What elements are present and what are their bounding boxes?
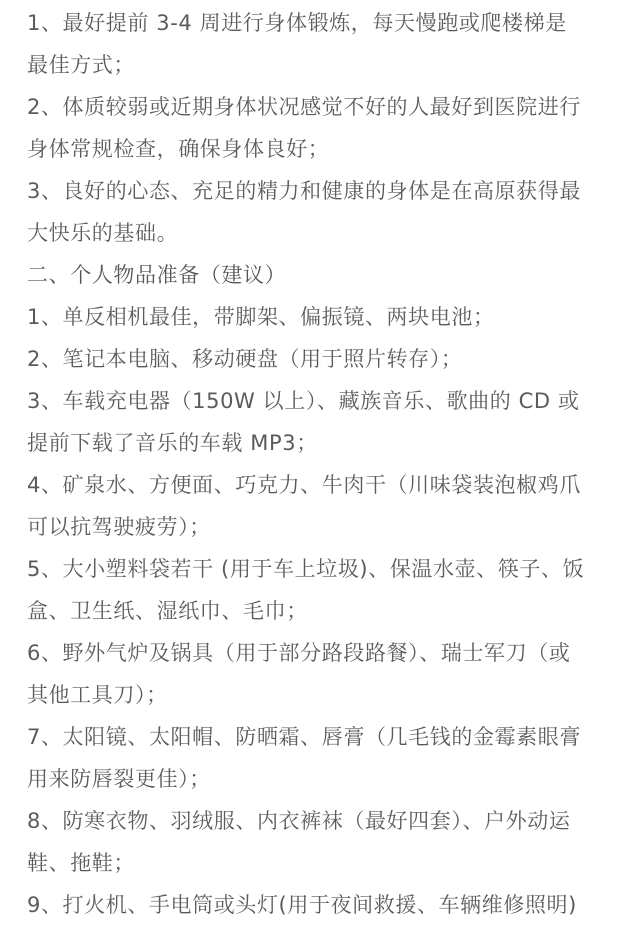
list-item-line: 身体常规检查，确保身体良好；: [27, 128, 627, 170]
list-item-line: 其他工具刀）；: [27, 674, 627, 716]
list-item-line: 用来防唇裂更佳）；: [27, 758, 627, 800]
list-item-line: 3、良好的心态、充足的精力和健康的身体是在高原获得最: [27, 170, 627, 212]
section-heading: 二、个人物品准备（建议）: [27, 254, 627, 296]
list-item-line: 7、太阳镜、太阳帽、防晒霜、唇膏（几毛钱的金霉素眼膏: [27, 716, 627, 758]
list-item-line: 大快乐的基础。: [27, 212, 627, 254]
list-item-line: 鞋、拖鞋；: [27, 842, 627, 884]
list-item-line: 最佳方式；: [27, 44, 627, 86]
list-item-line: 1、最好提前 3-4 周进行身体锻炼，每天慢跑或爬楼梯是: [27, 2, 627, 44]
list-item-line: 1、单反相机最佳，带脚架、偏振镜、两块电池；: [27, 296, 627, 338]
document-body: 1、最好提前 3-4 周进行身体锻炼，每天慢跑或爬楼梯是 最佳方式； 2、体质较…: [27, 2, 627, 926]
list-item-line: 4、矿泉水、方便面、巧克力、牛肉干（川味袋装泡椒鸡爪: [27, 464, 627, 506]
list-item-line: 可以抗驾驶疲劳）；: [27, 506, 627, 548]
list-item-line: 9、打火机、手电筒或头灯(用于夜间救援、车辆维修照明): [27, 884, 627, 926]
list-item-line: 5、大小塑料袋若干 (用于车上垃圾)、保温水壶、筷子、饭: [27, 548, 627, 590]
list-item-line: 2、体质较弱或近期身体状况感觉不好的人最好到医院进行: [27, 86, 627, 128]
list-item-line: 8、防寒衣物、羽绒服、内衣裤袜（最好四套）、户外动运: [27, 800, 627, 842]
list-item-line: 3、车载充电器（150W 以上）、藏族音乐、歌曲的 CD 或: [27, 380, 627, 422]
list-item-line: 提前下载了音乐的车载 MP3；: [27, 422, 627, 464]
list-item-line: 盒、卫生纸、湿纸巾、毛巾；: [27, 590, 627, 632]
list-item-line: 2、笔记本电脑、移动硬盘（用于照片转存）；: [27, 338, 627, 380]
list-item-line: 6、野外气炉及锅具（用于部分路段路餐）、瑞士军刀（或: [27, 632, 627, 674]
